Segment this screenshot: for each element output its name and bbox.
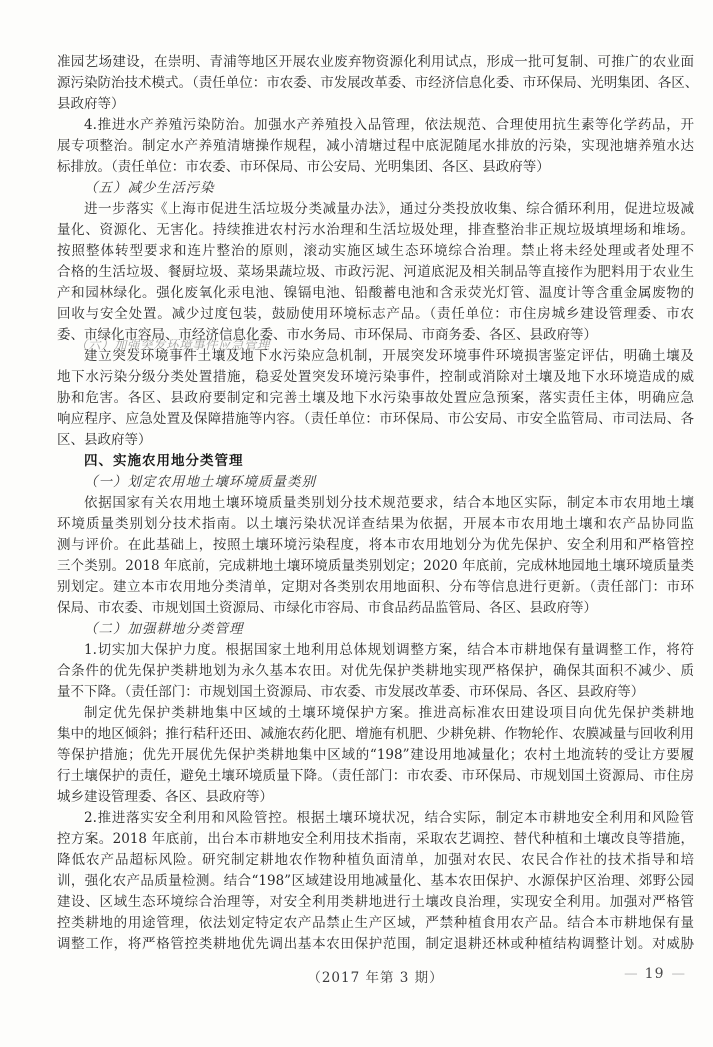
text-line: 别划定。建立本市农用地分类清单，定期对各类别农用地面积、分布等信息进行更新。（责…: [57, 577, 694, 598]
page-number-value: 19: [645, 966, 665, 982]
text-line: 进一步落实《上海市促进生活垃圾分类减量办法》，通过分类投放收集、综合循环利用，促…: [57, 199, 694, 220]
text-line: 区、县政府等）: [57, 430, 694, 451]
paragraph: 2.推进落实安全利用和风险管控。根据土壤环境状况，结合实际，制定本市耕地安全利用…: [57, 808, 694, 955]
text-line: 响应程序、应急处置及保障措施等内容。（责任单位：市环保局、市公安局、市安全监管局…: [57, 409, 694, 430]
text-line: 三个类别。2018 年底前，完成耕地土壤环境质量类别划定；2020 年底前，完成…: [57, 556, 694, 577]
text-line: 四、实施农用地分类管理: [57, 451, 694, 472]
text-line: 源污染防治技术模式。（责任单位：市农委、市发展改革委、市经济信息化委、市环保局、…: [57, 73, 694, 94]
issue-label: （2017 年第 3 期）: [57, 966, 694, 986]
text-line: 产和园林绿化。强化废氧化汞电池、镍镉电池、铅酸蓄电池和含汞荧光灯管、温度计等含重…: [57, 283, 694, 304]
text-line: 标排放。（责任单位：市农委、市环保局、市公安局、光明集团、各区、县政府等）: [57, 157, 694, 178]
text-line: 依据国家有关农用地土壤环境质量类别划分技术规范要求，结合本地区实际，制定本市农用…: [57, 493, 694, 514]
text-line: 量不下降。（责任部门：市规划国土资源局、市农委、市发展改革委、市环保局、各区、县…: [57, 682, 694, 703]
text-line: 控方案。2018 年底前，出台本市耕地安全利用技术指南，采取农艺调控、替代种植和…: [57, 829, 694, 850]
text-line: 建设、区域生态环境综合治理等，对安全利用类耕地进行土壤改良治理，实现安全利用。加…: [57, 892, 694, 913]
paragraph: 1.切实加大保护力度。根据国家土地利用总体规划调整方案，结合本市耕地保有量调整工…: [57, 640, 694, 703]
text-line: 地下水污染分级分类处置措施，稳妥处置突发环境污染事件，控制或消除对土壤及地下水环…: [57, 367, 694, 388]
document-page: 准园艺场建设，在崇明、青浦等地区开展农业废弃物资源化利用试点，形成一批可复制、可…: [0, 0, 713, 1047]
text-line: 降低农产品超标风险。研究制定耕地农作物种植负面清单，加强对农民、农民合作社的技术…: [57, 850, 694, 871]
page-number-dash-left: —: [624, 966, 638, 982]
text-line: 回收与安全处置。减少过度包装，鼓励使用环境标志产品。（责任单位：市住房城乡建设管…: [57, 304, 694, 325]
text-line: 准园艺场建设，在崇明、青浦等地区开展农业废弃物资源化利用试点，形成一批可复制、可…: [57, 52, 694, 73]
text-line: 控类耕地的用途管理，依法划定特定农产品禁止生产区域，严禁种植食用农产品。结合本市…: [57, 913, 694, 934]
text-line: 调整工作，将严格管控类耕地优先调出基本农田保护范围，制定退耕还林或种植结构调整计…: [57, 934, 694, 955]
page-number-dash-right: —: [672, 966, 686, 982]
text-line: 量化、资源化、无害化。持续推进农村污水治理和生活垃圾处理，排查整治非正规垃圾填埋…: [57, 220, 694, 241]
paragraph: 依据国家有关农用地土壤环境质量类别划分技术规范要求，结合本地区实际，制定本市农用…: [57, 493, 694, 619]
text-line: 环境质量类别划分技术指南。以土壤污染状况详查结果为依据，开展本市农用地土壤和农产…: [57, 514, 694, 535]
page-number: —19—: [617, 966, 692, 982]
subsection-heading: （五）减少生活污染: [57, 178, 694, 199]
paragraph: 建立突发环境事件土壤及地下水污染应急机制，开展突发环境事件环境损害鉴定评估，明确…: [57, 346, 694, 451]
text-line: 合格的生活垃圾、餐厨垃圾、菜场果蔬垃圾、市政污泥、河道底泥及相关制品等直接作为肥…: [57, 262, 694, 283]
paragraph: 制定优先保护类耕地集中区域的土壤环境保护方案。推进高标准农田建设项目向优先保护类…: [57, 703, 694, 808]
paragraph: 4.推进水产养殖污染防治。加强水产养殖投入品管理，依法规范、合理使用抗生素等化学…: [57, 115, 694, 178]
text-line: （一）划定农用地土壤环境质量类别: [57, 472, 694, 493]
text-line: 1.切实加大保护力度。根据国家土地利用总体规划调整方案，结合本市耕地保有量调整工…: [57, 640, 694, 661]
paragraph: 进一步落实《上海市促进生活垃圾分类减量办法》，通过分类投放收集、综合循环利用，促…: [57, 199, 694, 346]
text-line: 县政府等）: [57, 94, 694, 115]
text-line: （二）加强耕地分类管理: [57, 619, 694, 640]
text-line: 保局、市农委、市规划国土资源局、市绿化市容局、市食品药品监管局、各区、县政府等）: [57, 598, 694, 619]
text-line: （六）加强突发环境事件应急管理: [57, 338, 694, 352]
text-line: 训，强化农产品质量检测。结合“198”区域建设用地减量化、基本农田保护、水源保护…: [57, 871, 694, 892]
section-heading: 四、实施农用地分类管理: [57, 451, 694, 472]
text-line: （五）减少生活污染: [57, 178, 694, 199]
text-line: 合条件的优先保护类耕地划为永久基本农田。对优先保护类耕地实现严格保护，确保其面积…: [57, 661, 694, 682]
page-footer: （2017 年第 3 期） —19—: [57, 966, 694, 988]
text-line: 4.推进水产养殖污染防治。加强水产养殖投入品管理，依法规范、合理使用抗生素等化学…: [57, 115, 694, 136]
text-line: 城乡建设管理委、各区、县政府等）: [57, 787, 694, 808]
document-content: 准园艺场建设，在崇明、青浦等地区开展农业废弃物资源化利用试点，形成一批可复制、可…: [57, 52, 694, 955]
text-line: 胁和危害。各区、县政府要制定和完善土壤及地下水污染事故处置应急预案，落实责任主体…: [57, 388, 694, 409]
text-line: 集中的地区倾斜；推行秸秆还田、减施农药化肥、增施有机肥、少耕免耕、作物轮作、农膜…: [57, 724, 694, 745]
subsection-heading: （一）划定农用地土壤环境质量类别: [57, 472, 694, 493]
text-line: 制定优先保护类耕地集中区域的土壤环境保护方案。推进高标准农田建设项目向优先保护类…: [57, 703, 694, 724]
text-line: 展专项整治。制定水产养殖清塘操作规程，减小清塘过程中底泥随尾水排放的污染，实现池…: [57, 136, 694, 157]
text-line: 等保护措施；优先开展优先保护类耕地集中区域的“198”建设用地减量化；农村土地流…: [57, 745, 694, 766]
text-line: 测与评价。在此基础上，按照土壤环境污染程度，将本市农用地划分为优先保护、安全利用…: [57, 535, 694, 556]
text-line: 按照整体转型要求和连片整治的原则，滚动实施区域生态环境综合治理。禁止将未经处理或…: [57, 241, 694, 262]
text-line: 2.推进落实安全利用和风险管控。根据土壤环境状况，结合实际，制定本市耕地安全利用…: [57, 808, 694, 829]
subsection-heading: （二）加强耕地分类管理: [57, 619, 694, 640]
paragraph: 准园艺场建设，在崇明、青浦等地区开展农业废弃物资源化利用试点，形成一批可复制、可…: [57, 52, 694, 115]
text-line: 行土壤保护的责任，避免土壤环境质量下降。（责任部门：市农委、市环保局、市规划国土…: [57, 766, 694, 787]
